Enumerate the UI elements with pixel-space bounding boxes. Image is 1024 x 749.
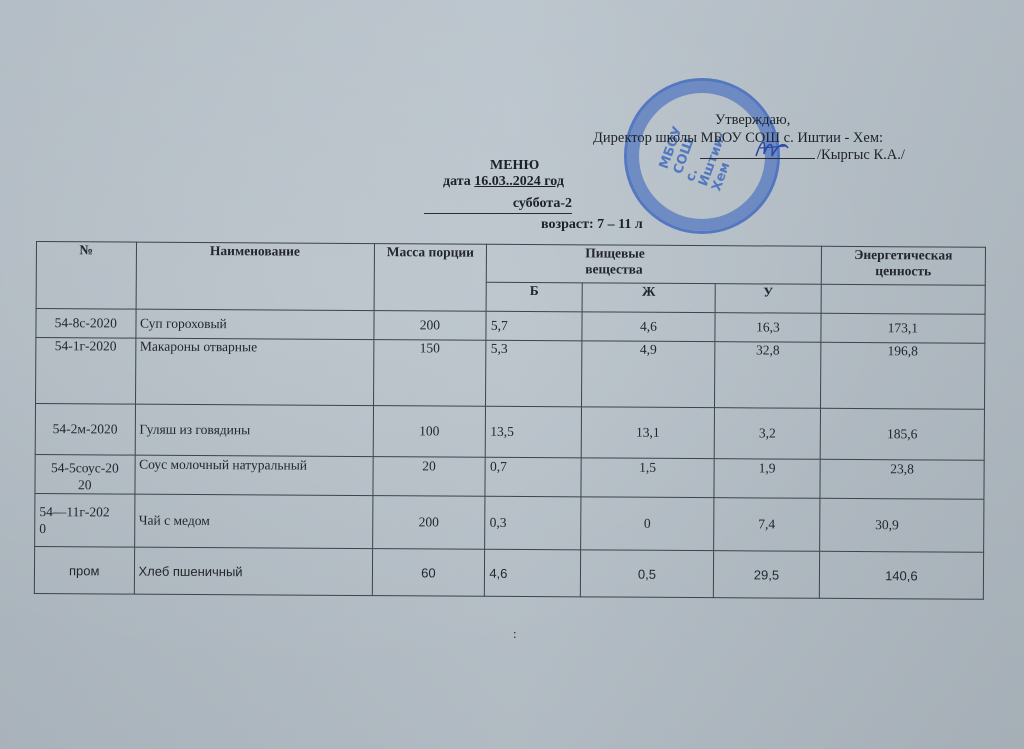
date-label: дата xyxy=(443,174,471,189)
dish-fat: 0 xyxy=(580,497,714,551)
header-mass: Масса порции xyxy=(374,244,487,312)
dish-mass: 200 xyxy=(373,311,486,341)
dish-mass: 100 xyxy=(373,406,486,458)
dish-carbs: 32,8 xyxy=(715,342,821,409)
menu-weekday: суббота-2 xyxy=(424,196,572,214)
date-value: 16.03..2024 год xyxy=(474,174,564,189)
dish-fat: 4,9 xyxy=(581,341,715,408)
header-name: Наименование xyxy=(136,242,374,310)
dish-protein: 4,6 xyxy=(485,549,581,597)
approval-position: Директор школы МБОУ СОШ с. Иштии - Хем: xyxy=(593,130,883,147)
dish-code: 54-5соус-2020 xyxy=(35,454,135,494)
dish-mass: 200 xyxy=(372,496,485,550)
dish-protein: 5,7 xyxy=(486,311,582,341)
dish-code: 54-2м-2020 xyxy=(35,404,135,456)
dish-fat: 0,5 xyxy=(580,550,714,598)
dish-energy: 140,6 xyxy=(819,551,983,599)
dish-code: 54-8с-2020 xyxy=(36,309,136,339)
dish-energy: 23,8 xyxy=(820,459,984,499)
dish-protein: 0,7 xyxy=(485,457,581,497)
dish-mass: 150 xyxy=(373,340,486,407)
table-header-row: № Наименование Масса порции Пищевые веще… xyxy=(36,242,985,286)
dish-energy: 185,6 xyxy=(820,408,984,460)
dish-name: Суп гороховый xyxy=(135,309,373,339)
dish-carbs: 7,4 xyxy=(714,498,820,552)
signatory-name: /Кыргыс К.А./ xyxy=(817,147,905,163)
dish-protein: 13,5 xyxy=(486,406,582,458)
dish-name: Гуляш из говядины xyxy=(135,404,373,456)
dish-carbs: 1,9 xyxy=(714,459,820,499)
footer-mark: : xyxy=(513,626,517,642)
signature-icon xyxy=(752,134,792,162)
header-carbs: У xyxy=(715,284,821,314)
dish-fat: 13,1 xyxy=(581,407,715,459)
dish-carbs: 16,3 xyxy=(715,313,821,343)
dish-protein: 5,3 xyxy=(486,340,582,407)
menu-date: дата 16.03..2024 год xyxy=(443,174,564,190)
table-row: 54-2м-2020 Гуляш из говядины 100 13,5 13… xyxy=(35,404,984,461)
dish-energy: 196,8 xyxy=(820,342,985,409)
approval-heading: Утверждаю, xyxy=(715,112,790,129)
header-nutrients: Пищевые вещества xyxy=(487,244,822,284)
header-fat: Ж xyxy=(582,283,716,313)
dish-name: Чай с медом xyxy=(134,494,372,548)
dish-fat: 4,6 xyxy=(582,312,716,342)
dish-name: Макароны отварные xyxy=(135,338,373,405)
dish-code: 54—11г-2020 xyxy=(35,493,135,547)
menu-table: № Наименование Масса порции Пищевые веще… xyxy=(34,241,986,600)
table-row: 54-5соус-2020 Соус молочный натуральный … xyxy=(35,454,984,499)
header-energy-sub xyxy=(821,284,985,314)
dish-energy: 173,1 xyxy=(821,313,985,343)
dish-fat: 1,5 xyxy=(581,458,715,498)
dish-code: 54-1г-2020 xyxy=(36,338,136,405)
document-title: МЕНЮ xyxy=(490,158,539,174)
header-number: № xyxy=(36,242,136,310)
table-row: 54-1г-2020 Макароны отварные 150 5,3 4,9… xyxy=(36,338,985,410)
dish-energy: 30,9 xyxy=(819,498,984,552)
header-energy: Энергетическая ценность xyxy=(821,246,985,285)
menu-age-group: возраст: 7 – 11 л xyxy=(541,217,643,233)
table-row: пром Хлеб пшеничный 60 4,6 0,5 29,5 140,… xyxy=(34,546,983,599)
dish-mass: 20 xyxy=(372,457,485,497)
dish-name: Соус молочный натуральный xyxy=(134,455,372,495)
dish-carbs: 29,5 xyxy=(713,551,819,599)
approval-signatory: /Кыргыс К.А./ xyxy=(700,147,905,164)
table-row: 54—11г-2020 Чай с медом 200 0,3 0 7,4 30… xyxy=(35,493,984,552)
dish-name: Хлеб пшеничный xyxy=(134,547,372,595)
header-protein: Б xyxy=(486,282,582,312)
dish-protein: 0,3 xyxy=(485,496,581,550)
dish-carbs: 3,2 xyxy=(714,408,820,460)
dish-code: пром xyxy=(34,546,134,594)
dish-mass: 60 xyxy=(372,549,485,597)
